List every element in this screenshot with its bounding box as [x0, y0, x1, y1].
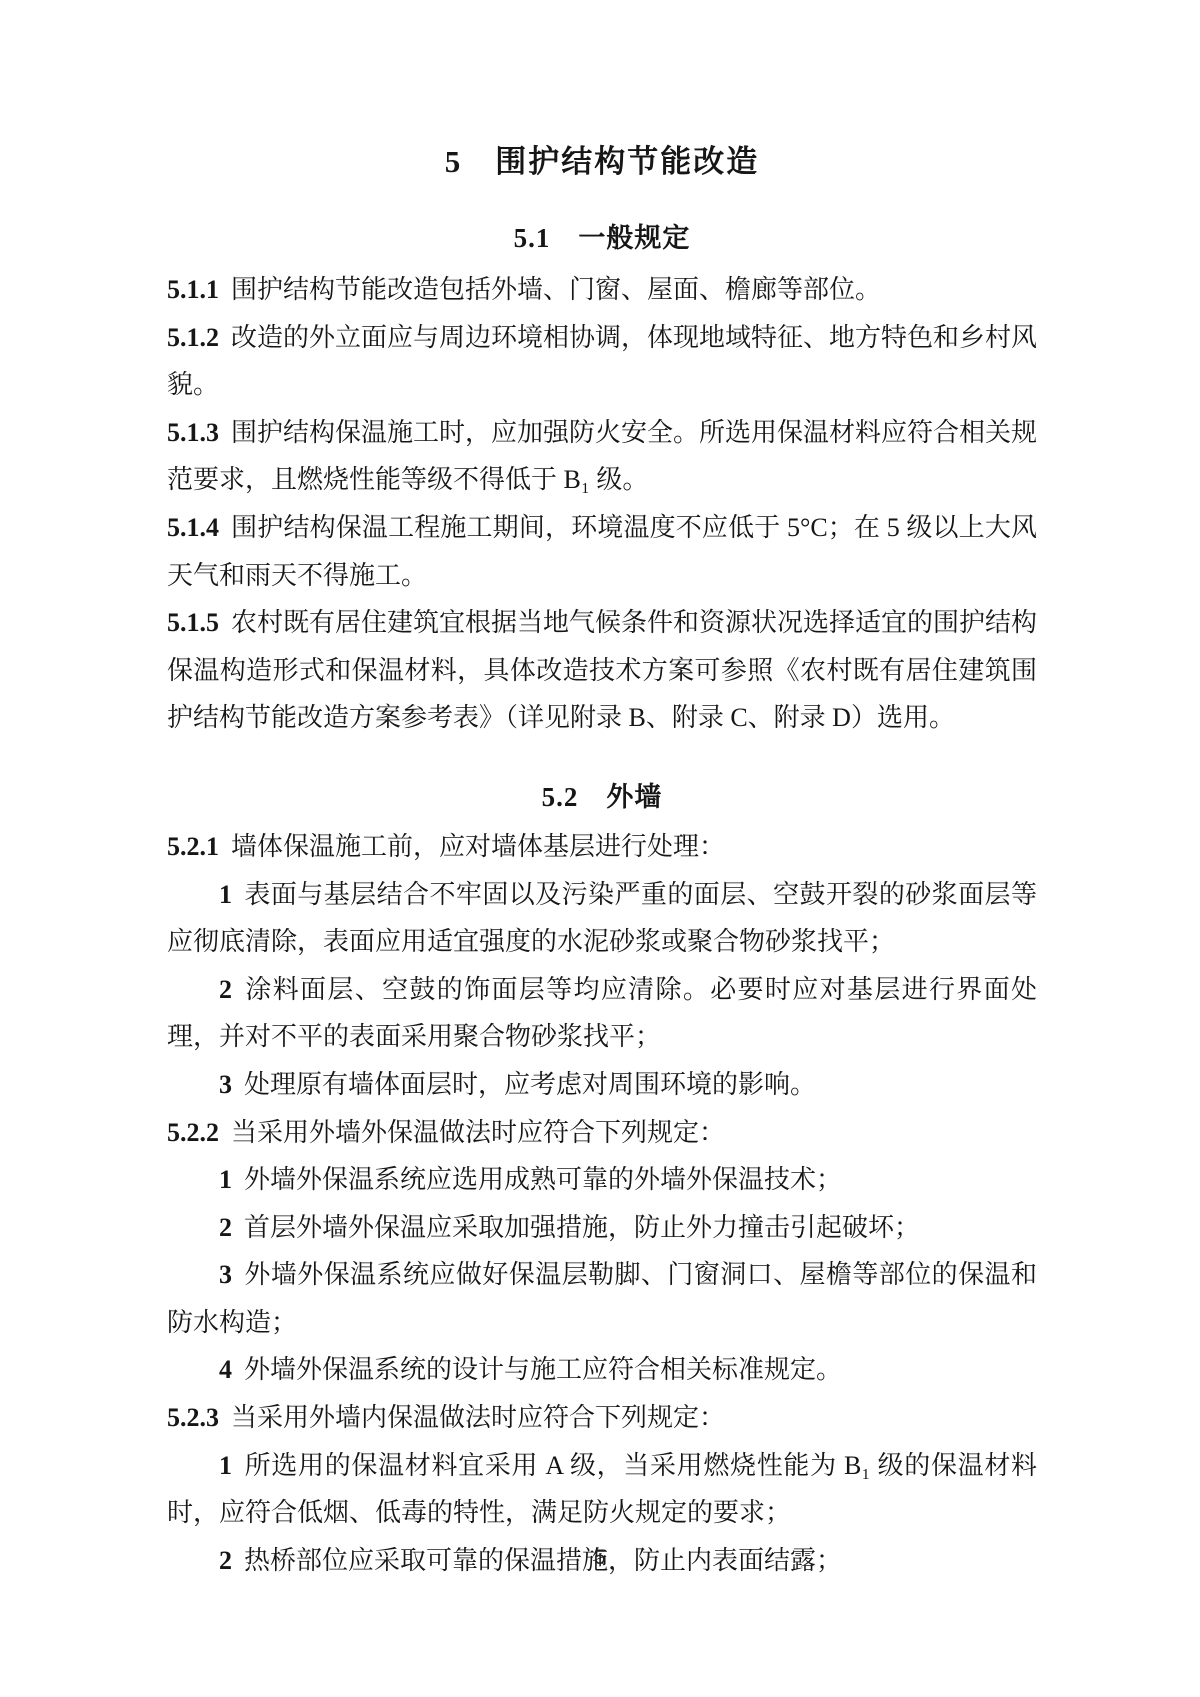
- section-heading-5-1: 5.1 一般规定: [167, 222, 1037, 254]
- clause-text: 墙体保温施工前，应对墙体基层进行处理：: [231, 832, 725, 861]
- list-item: 2首层外墙外保温应采取加强措施，防止外力撞击引起破坏；: [167, 1204, 1037, 1252]
- clause-5-2-1: 5.2.1墙体保温施工前，应对墙体基层进行处理：: [167, 823, 1037, 871]
- clause-text: 围护结构节能改造包括外墙、门窗、屋面、檐廊等部位。: [231, 275, 881, 304]
- list-item: 2涂料面层、空鼓的饰面层等均应清除。必要时应对基层进行界面处理，并对不平的表面采…: [167, 966, 1037, 1061]
- chapter-title: 5 围护结构节能改造: [167, 143, 1037, 180]
- clause-5-1-1: 5.1.1围护结构节能改造包括外墙、门窗、屋面、檐廊等部位。: [167, 266, 1037, 314]
- item-text: 涂料面层、空鼓的饰面层等均应清除。必要时应对基层进行界面处理，并对不平的表面采用…: [167, 975, 1037, 1052]
- section-5-2-body: 5.2.1墙体保温施工前，应对墙体基层进行处理： 1表面与基层结合不牢固以及污染…: [167, 823, 1037, 1585]
- clause-5-2-3: 5.2.3当采用外墙内保温做法时应符合下列规定：: [167, 1394, 1037, 1442]
- clause-number: 5.1.4: [167, 513, 219, 542]
- clause-5-2-2: 5.2.2当采用外墙外保温做法时应符合下列规定：: [167, 1109, 1037, 1157]
- clause-number: 5.2.2: [167, 1118, 219, 1147]
- clause-text: 当采用外墙外保温做法时应符合下列规定：: [231, 1118, 725, 1147]
- clause-number: 5.1.5: [167, 608, 219, 637]
- clause-text: 当采用外墙内保温做法时应符合下列规定：: [231, 1403, 725, 1432]
- item-text: 首层外墙外保温应采取加强措施，防止外力撞击引起破坏；: [244, 1213, 920, 1242]
- clause-5-1-5: 5.1.5农村既有居住建筑宜根据当地气候条件和资源状况选择适宜的围护结构保温构造…: [167, 599, 1037, 742]
- clause-5-1-3: 5.1.3围护结构保温施工时，应加强防火安全。所选用保温材料应符合相关规范要求，…: [167, 409, 1037, 504]
- item-number: 2: [219, 1213, 232, 1242]
- item-text: 处理原有墙体面层时，应考虑对周围环境的影响。: [244, 1070, 816, 1099]
- item-number: 4: [219, 1355, 232, 1384]
- clause-text: 农村既有居住建筑宜根据当地气候条件和资源状况选择适宜的围护结构保温构造形式和保温…: [167, 608, 1037, 732]
- clause-5-1-4: 5.1.4围护结构保温工程施工期间，环境温度不应低于 5°C；在 5 级以上大风…: [167, 504, 1037, 599]
- list-item: 1表面与基层结合不牢固以及污染严重的面层、空鼓开裂的砂浆面层等应彻底清除，表面应…: [167, 871, 1037, 966]
- clause-number: 5.1.2: [167, 323, 219, 352]
- item-text: 外墙外保温系统应选用成熟可靠的外墙外保温技术；: [244, 1165, 842, 1194]
- clause-text: 改造的外立面应与周边环境相协调，体现地域特征、地方特色和乡村风貌。: [167, 323, 1037, 400]
- item-number: 2: [219, 975, 232, 1004]
- clause-number: 5.1.1: [167, 275, 219, 304]
- item-number: 1: [219, 1165, 232, 1194]
- item-number: 3: [219, 1260, 232, 1289]
- item-text: 外墙外保温系统的设计与施工应符合相关标准规定。: [244, 1355, 842, 1384]
- list-item: 1所选用的保温材料宜采用 A 级，当采用燃烧性能为 B₁ 级的保温材料时，应符合…: [167, 1442, 1037, 1537]
- item-number: 3: [219, 1070, 232, 1099]
- list-item: 3处理原有墙体面层时，应考虑对周围环境的影响。: [167, 1061, 1037, 1109]
- page-number: 5: [0, 1546, 1200, 1570]
- clause-number: 5.2.3: [167, 1403, 219, 1432]
- clause-number: 5.1.3: [167, 418, 219, 447]
- document-page: 5 围护结构节能改造 5.1 一般规定 5.1.1围护结构节能改造包括外墙、门窗…: [0, 0, 1200, 1697]
- item-text: 表面与基层结合不牢固以及污染严重的面层、空鼓开裂的砂浆面层等应彻底清除，表面应用…: [167, 880, 1037, 957]
- section-5-1-body: 5.1.1围护结构节能改造包括外墙、门窗、屋面、檐廊等部位。 5.1.2改造的外…: [167, 266, 1037, 742]
- list-item: 4外墙外保温系统的设计与施工应符合相关标准规定。: [167, 1346, 1037, 1394]
- section-heading-5-2: 5.2 外墙: [167, 781, 1037, 813]
- item-number: 1: [219, 1451, 232, 1480]
- clause-number: 5.2.1: [167, 832, 219, 861]
- item-text: 所选用的保温材料宜采用 A 级，当采用燃烧性能为 B₁ 级的保温材料时，应符合低…: [167, 1451, 1037, 1528]
- list-item: 3外墙外保温系统应做好保温层勒脚、门窗洞口、屋檐等部位的保温和防水构造；: [167, 1251, 1037, 1346]
- list-item: 1外墙外保温系统应选用成熟可靠的外墙外保温技术；: [167, 1156, 1037, 1204]
- clause-text: 围护结构保温工程施工期间，环境温度不应低于 5°C；在 5 级以上大风天气和雨天…: [167, 513, 1037, 590]
- item-number: 1: [219, 880, 232, 909]
- clause-5-1-2: 5.1.2改造的外立面应与周边环境相协调，体现地域特征、地方特色和乡村风貌。: [167, 314, 1037, 409]
- clause-text: 围护结构保温施工时，应加强防火安全。所选用保温材料应符合相关规范要求，且燃烧性能…: [167, 418, 1037, 495]
- item-text: 外墙外保温系统应做好保温层勒脚、门窗洞口、屋檐等部位的保温和防水构造；: [167, 1260, 1037, 1337]
